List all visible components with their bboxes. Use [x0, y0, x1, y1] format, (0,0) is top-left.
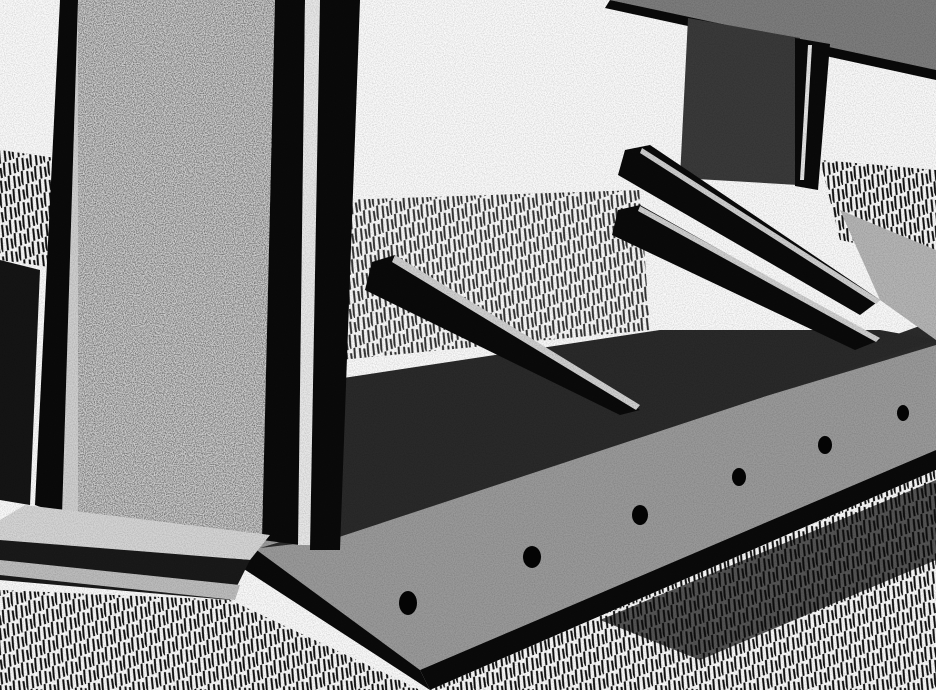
photo-illustration: [0, 0, 936, 690]
photo-scene: Close-up of weathered metal structures (…: [0, 0, 936, 690]
